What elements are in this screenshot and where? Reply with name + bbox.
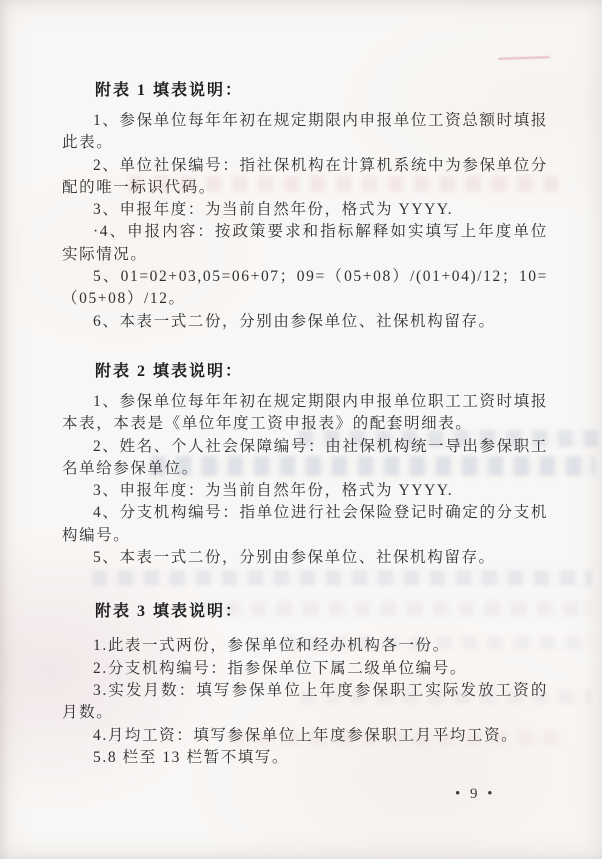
document-content: 附表 1 填表说明： 1、参保单位每年年初在规定期限内申报单位工资总额时填报此表… bbox=[62, 80, 548, 769]
section-table3-notes: 附表 3 填表说明： 1.此表一式两份，参保单位和经办机构各一份。 2.分支机构… bbox=[62, 601, 548, 769]
scan-artifact-mark bbox=[498, 56, 550, 60]
note-item: 6、本表一式二份，分别由参保单位、社保机构留存。 bbox=[62, 311, 548, 333]
note-item: 4、分支机构编号：指单位进行社会保险登记时确定的分支机构编号。 bbox=[62, 502, 548, 547]
note-item: 1.此表一式两份，参保单位和经办机构各一份。 bbox=[62, 635, 548, 657]
section-heading: 附表 2 填表说明： bbox=[95, 361, 548, 383]
note-item: 2、姓名、个人社会保障编号：由社保机构统一导出参保职工名单给参保单位。 bbox=[62, 436, 548, 481]
section-heading: 附表 1 填表说明： bbox=[95, 80, 548, 102]
note-item: 1、参保单位每年年初在规定期限内申报单位职工工资时填报本表，本表是《单位年度工资… bbox=[62, 391, 548, 436]
section-heading: 附表 3 填表说明： bbox=[95, 601, 548, 623]
note-item: ·4、申报内容：按政策要求和指标解释如实填写上年度单位实际情况。 bbox=[62, 221, 548, 266]
note-item: 3、申报年度：为当前自然年份，格式为 YYYY. bbox=[62, 480, 548, 502]
note-item: 2、单位社保编号：指社保机构在计算机系统中为参保单位分配的唯一标识代码。 bbox=[62, 155, 548, 200]
note-item: 4.月均工资：填写参保单位上年度参保职工月平均工资。 bbox=[62, 725, 548, 747]
section-table2-notes: 附表 2 填表说明： 1、参保单位每年年初在规定期限内申报单位职工工资时填报本表… bbox=[62, 361, 548, 569]
note-item: 3.实发月数：填写参保单位上年度参保职工实际发放工资的月数。 bbox=[62, 680, 548, 725]
note-item: 2.分支机构编号：指参保单位下属二级单位编号。 bbox=[62, 658, 548, 680]
note-item: 5.8 栏至 13 栏暂不填写。 bbox=[62, 747, 548, 769]
scanned-document-page: 附表 1 填表说明： 1、参保单位每年年初在规定期限内申报单位工资总额时填报此表… bbox=[0, 0, 602, 859]
note-item: 5、本表一式二份，分别由参保单位、社保机构留存。 bbox=[62, 547, 548, 569]
section-table1-notes: 附表 1 填表说明： 1、参保单位每年年初在规定期限内申报单位工资总额时填报此表… bbox=[62, 80, 548, 333]
note-item: 1、参保单位每年年初在规定期限内申报单位工资总额时填报此表。 bbox=[62, 110, 548, 155]
page-number: • 9 • bbox=[455, 786, 496, 803]
note-item: 3、申报年度：为当前自然年份，格式为 YYYY. bbox=[62, 199, 548, 221]
note-item: 5、01=02+03,05=06+07；09=（05+08）/(01+04)/1… bbox=[62, 266, 548, 311]
